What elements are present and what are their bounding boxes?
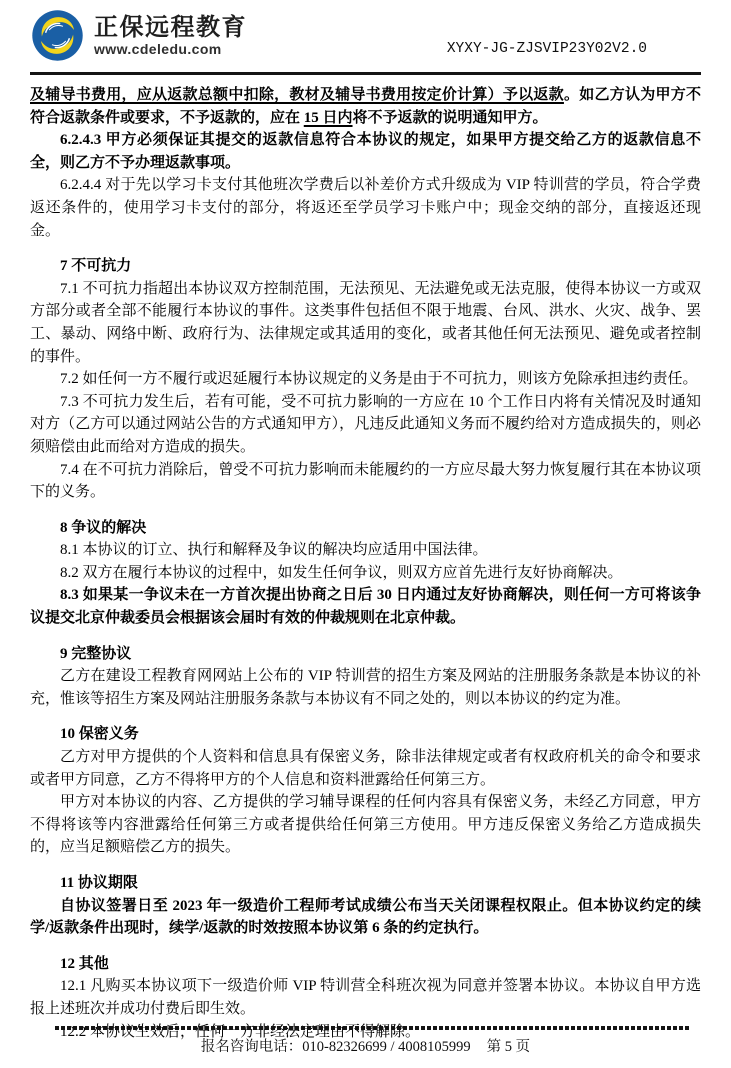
section-heading: 8 争议的解决 (60, 517, 701, 540)
contract-paragraph: 乙方对甲方提供的个人资料和信息具有保密义务，除非法律规定或者有权政府机关的命令和… (30, 746, 701, 791)
contract-paragraph: 自协议签署日至 2023 年一级造价工程师考试成绩公布当天关闭课程权限止。但本协… (30, 895, 701, 940)
section-heading: 11 协议期限 (60, 872, 701, 895)
swirl-logo-icon (30, 8, 85, 63)
section-heading: 9 完整协议 (60, 643, 701, 666)
brand-website: www.cdeledu.com (94, 41, 247, 57)
contract-paragraph: 甲方对本协议的内容、乙方提供的学习辅导课程的任何内容具有保密义务，未经乙方同意，… (30, 791, 701, 859)
contract-paragraph: 6.2.4.4 对于先以学习卡支付其他班次学费后以补差价方式升级成为 VIP 特… (30, 174, 701, 242)
contract-paragraph: 8.3 如果某一争议未在一方首次提出协商之日后 30 日内通过友好协商解决，则任… (30, 584, 701, 629)
document-page: 正保远程教育 www.cdeledu.com XYXY-JG-ZJSVIP23Y… (0, 0, 731, 1043)
contract-paragraph: 6.2.4.3 甲方必须保证其提交的返款信息符合本协议的规定，如果甲方提交给乙方… (30, 129, 701, 174)
section-heading: 10 保密义务 (60, 723, 701, 746)
footer-text: 报名咨询电话：010-82326699 / 4008105999第 5 页 (0, 1035, 731, 1056)
page-footer: 报名咨询电话：010-82326699 / 4008105999第 5 页 (0, 1026, 731, 1056)
section-heading: 12 其他 (60, 953, 701, 976)
brand-text: 正保远程教育 www.cdeledu.com (94, 15, 247, 57)
page-number: 第 5 页 (487, 1039, 531, 1055)
contract-paragraph: 12.1 凡购买本协议项下一级造价师 VIP 特训营全科班次视为同意并签署本协议… (30, 975, 701, 1020)
contract-paragraph: 乙方在建设工程教育网网站上公布的 VIP 特训营的招生方案及网站的注册服务条款是… (30, 665, 701, 710)
contract-paragraph: 7.2 如任何一方不履行或迟延履行本协议规定的义务是由于不可抗力，则该方免除承担… (30, 368, 701, 391)
contract-paragraph: 7.4 在不可抗力消除后，曾受不可抗力影响而未能履约的一方应尽最大努力恢复履行其… (30, 459, 701, 504)
section-heading: 7 不可抗力 (60, 255, 701, 278)
footer-divider (55, 1026, 690, 1030)
document-blocks: 及辅导书费用，应从返款总额中扣除，教材及辅导书费用按定价计算）予以返款。如乙方认… (30, 84, 701, 1043)
contact-phone: 报名咨询电话：010-82326699 / 4008105999 (201, 1039, 471, 1055)
page-header: 正保远程教育 www.cdeledu.com XYXY-JG-ZJSVIP23Y… (30, 0, 701, 75)
contract-paragraph: 7.1 不可抗力指超出本协议双方控制范围，无法预见、无法避免或无法克服，使得本协… (30, 278, 701, 368)
contract-paragraph: 8.2 双方在履行本协议的过程中，如发生任何争议，则双方应首先进行友好协商解决。 (30, 562, 701, 585)
brand-name: 正保远程教育 (94, 15, 247, 41)
contract-paragraph: 及辅导书费用，应从返款总额中扣除，教材及辅导书费用按定价计算）予以返款。如乙方认… (30, 84, 701, 129)
contract-paragraph: 8.1 本协议的订立、执行和解释及争议的解决均应适用中国法律。 (30, 539, 701, 562)
brand-logo: 正保远程教育 www.cdeledu.com (30, 8, 247, 63)
document-code: XYXY-JG-ZJSVIP23Y02V2.0 (447, 41, 701, 57)
contract-paragraph: 7.3 不可抗力发生后，若有可能，受不可抗力影响的一方应在 10 个工作日内将有… (30, 391, 701, 459)
